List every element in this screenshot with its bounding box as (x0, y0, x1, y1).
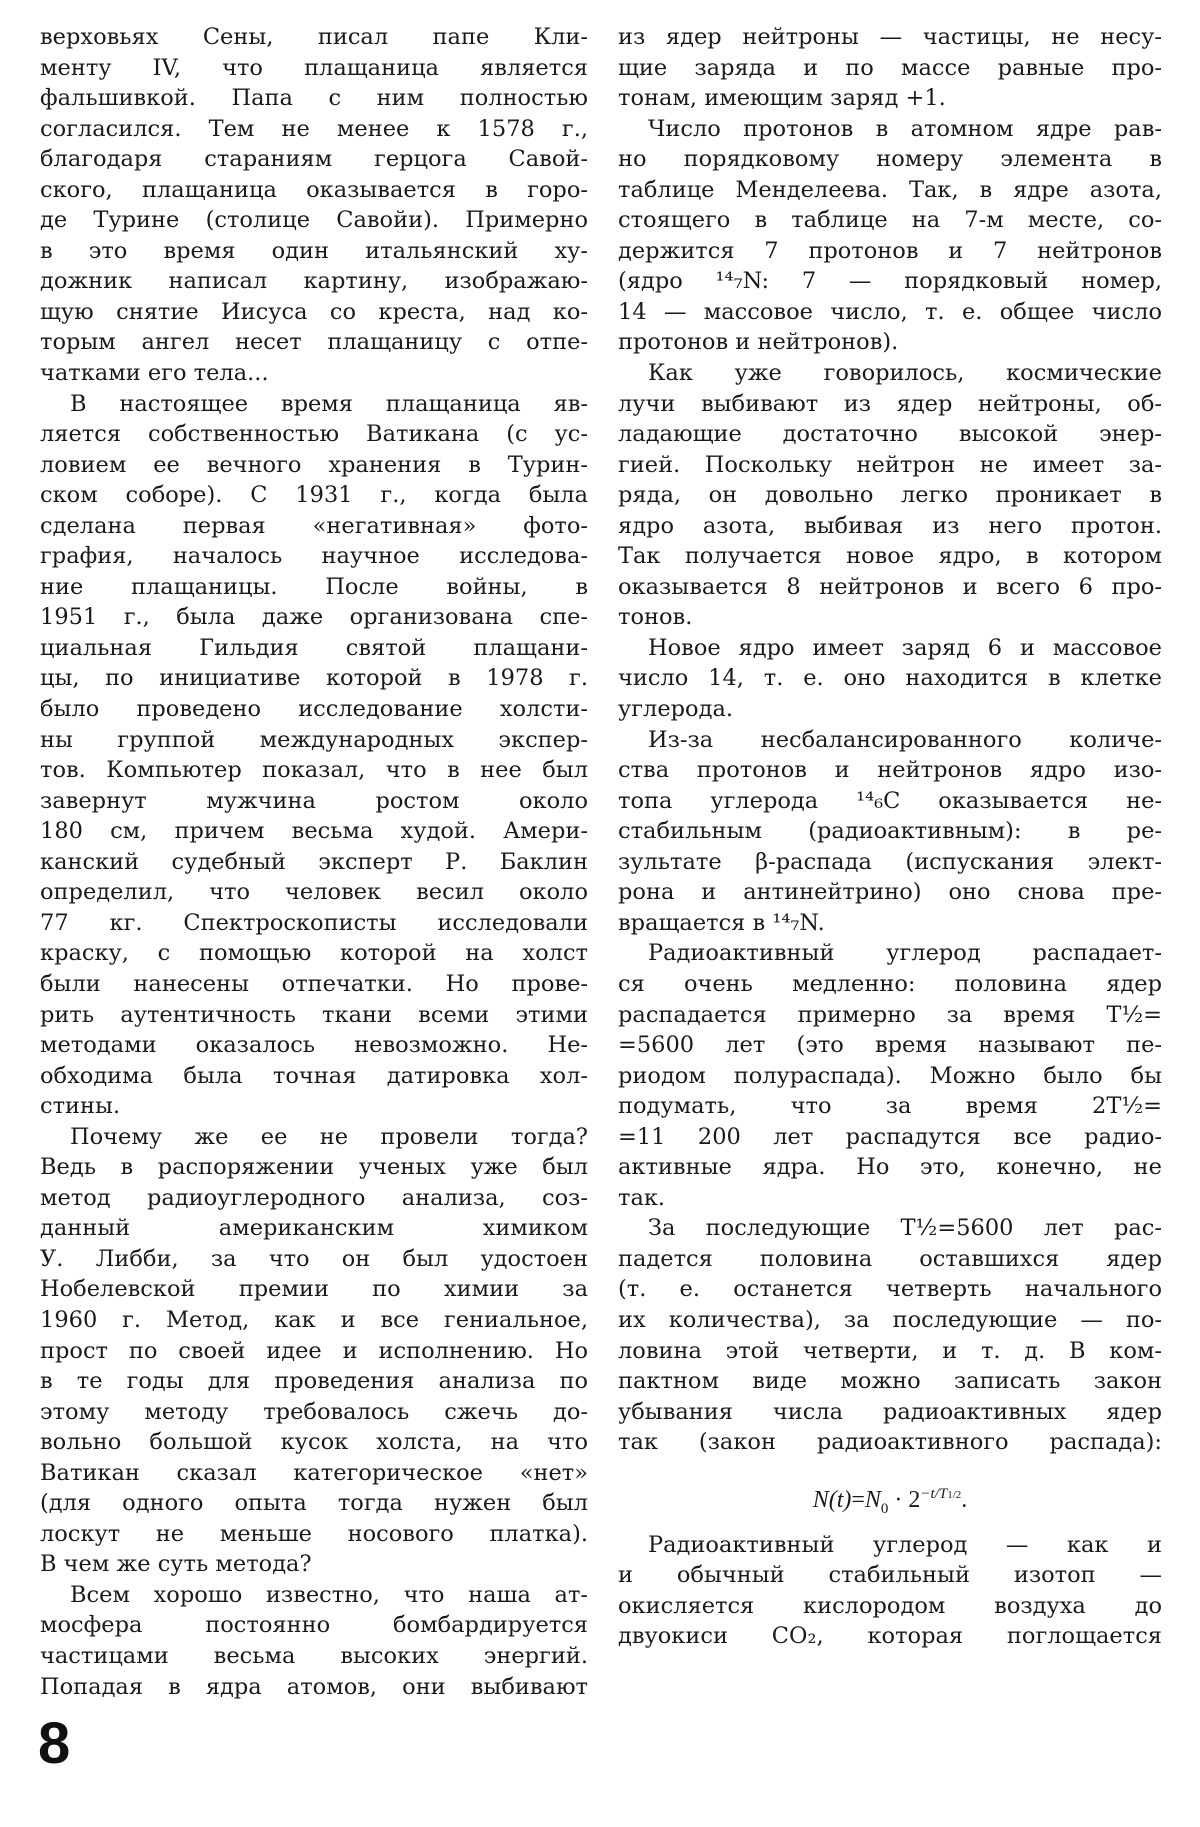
text-line: мосфера постоянно бомбардируется (40, 1610, 588, 1641)
text-line: зультате β-распада (испускания элект- (618, 847, 1162, 878)
text-line: циальная Гильдия святой плащани- (40, 633, 588, 664)
text-line: их количества), за последующие — по- (618, 1305, 1162, 1336)
text-line: лоскут не меньше носового платка). (40, 1519, 588, 1550)
text-line: менту IV, что плащаница является (40, 53, 588, 84)
decay-law-formula: N(t)=N0 · 2−t/T1/2. (618, 1458, 1162, 1530)
text-line: топа углерода ¹⁴₆C оказывается не- (618, 786, 1162, 817)
text-line: Радиоактивный углерод распадает- (618, 938, 1162, 969)
text-line: 1960 г. Метод, как и все гениальное, (40, 1305, 588, 1336)
text-line: де Турине (столице Савойи). Примерно (40, 205, 588, 236)
text-line: в это время один итальянский ху- (40, 236, 588, 267)
text-line: канский судебный эксперт Р. Баклин (40, 847, 588, 878)
text-line: В чем же суть метода? (40, 1549, 588, 1580)
left-column: верховьях Сены, писал папе Кли-менту IV,… (40, 22, 588, 1702)
text-line: =5600 лет (это время называют пе- (618, 1030, 1162, 1061)
formula-n0: N (865, 1487, 881, 1513)
text-line: сделана первая «негативная» фото- (40, 511, 588, 542)
text-line: ны группой международных экспер- (40, 725, 588, 756)
text-line: углерода. (618, 694, 1162, 725)
text-line: щую снятие Иисуса со креста, над ко- (40, 297, 588, 328)
text-line: убывания числа радиоактивных ядер (618, 1397, 1162, 1428)
text-line: окисляется кислородом воздуха до (618, 1591, 1162, 1622)
text-line: 14 — массовое число, т. е. общее число (618, 297, 1162, 328)
text-line: торым ангел несет плащаницу с отпе- (40, 327, 588, 358)
text-line: В настоящее время плащаница яв- (40, 389, 588, 420)
text-line: Ватикан сказал категорическое «нет» (40, 1458, 588, 1489)
text-line: У. Либби, за что он был удостоен (40, 1244, 588, 1275)
text-line: За последующие T½=5600 лет рас- (618, 1213, 1162, 1244)
text-line: гией. Поскольку нейтрон не имеет за- (618, 450, 1162, 481)
text-line: из ядер нейтроны — частицы, не несу- (618, 22, 1162, 53)
text-line: так (закон радиоактивного распада): (618, 1427, 1162, 1458)
text-line: рона и антинейтрино) оно снова пре- (618, 877, 1162, 908)
text-line: тонов. (618, 602, 1162, 633)
text-line: активные ядра. Но это, конечно, не (618, 1152, 1162, 1183)
formula-base: 2 (908, 1487, 920, 1513)
text-line: дожник написал картину, изображаю- (40, 266, 588, 297)
text-line: Нобелевской премии по химии за (40, 1274, 588, 1305)
text-line: Всем хорошо известно, что наша ат- (40, 1580, 588, 1611)
text-line: стабильным (радиоактивным): в ре- (618, 816, 1162, 847)
text-line: подумать, что за время 2T½= (618, 1091, 1162, 1122)
text-line: (т. е. останется четверть начального (618, 1274, 1162, 1305)
text-line: прост по своей идее и исполнению. Но (40, 1336, 588, 1367)
text-line: пактном виде можно записать закон (618, 1366, 1162, 1397)
formula-dot: · (894, 1487, 902, 1513)
text-line: было проведено исследование холсти- (40, 694, 588, 725)
text-line: вращается в ¹⁴₇N. (618, 908, 1162, 939)
text-line: Попадая в ядра атомов, они выбивают (40, 1672, 588, 1703)
text-line: распадается примерно за время T½= (618, 1000, 1162, 1031)
right-column-bottom-text: Радиоактивный углерод — как ии обычный с… (618, 1530, 1162, 1652)
formula-exponent: −t/T (920, 1486, 947, 1502)
text-line: оказывается 8 нейтронов и всего 6 про- (618, 572, 1162, 603)
text-line: методами оказалось невозможно. Не- (40, 1030, 588, 1061)
text-line: Почему же ее не провели тогда? (40, 1122, 588, 1153)
page-number: 8 (38, 1712, 70, 1776)
formula-equals: = (851, 1487, 865, 1513)
text-line: =11 200 лет распадутся все радио- (618, 1122, 1162, 1153)
text-line: благодаря стараниям герцога Савой- (40, 144, 588, 175)
right-column-top-text: из ядер нейтроны — частицы, не несу-щие … (618, 22, 1162, 1458)
text-line: Число протонов в атомном ядре рав- (618, 114, 1162, 145)
text-line: ства протонов и нейтронов ядро изо- (618, 755, 1162, 786)
text-line: так. (618, 1183, 1162, 1214)
text-line: двуокиси CO₂, которая поглощается (618, 1621, 1162, 1652)
formula-exponent-subscript: 1/2 (947, 1489, 961, 1501)
text-line: графия, началось научное исследова- (40, 541, 588, 572)
text-line: вольно большой кусок холста, на что (40, 1427, 588, 1458)
text-line: Радиоактивный углерод — как и (618, 1530, 1162, 1561)
text-line: и обычный стабильный изотоп — (618, 1560, 1162, 1591)
text-line: ляется собственностью Ватикана (с ус- (40, 419, 588, 450)
text-line: цы, по инициативе которой в 1978 г. (40, 663, 588, 694)
text-line: Новое ядро имеет заряд 6 и массовое (618, 633, 1162, 664)
text-line: тонам, имеющим заряд +1. (618, 83, 1162, 114)
text-line: число 14, т. е. оно находится в клетке (618, 663, 1162, 694)
text-line: ся очень медленно: половина ядер (618, 969, 1162, 1000)
text-line: стины. (40, 1091, 588, 1122)
text-line: этому методу требовалось сжечь до- (40, 1397, 588, 1428)
text-line: фальшивкой. Папа с ним полностью (40, 83, 588, 114)
text-line: ском соборе). С 1931 г., когда была (40, 480, 588, 511)
text-line: но порядковому номеру элемента в (618, 144, 1162, 175)
text-line: Ведь в распоряжении ученых уже был (40, 1152, 588, 1183)
text-line: лучи выбивают из ядер нейтроны, об- (618, 389, 1162, 420)
text-line: рить аутентичность ткани всеми этими (40, 1000, 588, 1031)
text-line: согласился. Тем не менее к 1578 г., (40, 114, 588, 145)
text-line: определил, что человек весил около (40, 877, 588, 908)
text-line: риодом полураспада). Можно было бы (618, 1061, 1162, 1092)
right-column: из ядер нейтроны — частицы, не несу-щие … (618, 22, 1162, 1652)
text-line: 77 кг. Спектроскописты исследовали (40, 908, 588, 939)
text-line: Из-за несбалансированного количе- (618, 725, 1162, 756)
text-line: держится 7 протонов и 7 нейтронов (618, 236, 1162, 267)
text-line: завернут мужчина ростом около (40, 786, 588, 817)
text-line: стоящего в таблице на 7-м месте, со- (618, 205, 1162, 236)
text-line: метод радиоуглеродного анализа, соз- (40, 1183, 588, 1214)
text-line: Так получается новое ядро, в котором (618, 541, 1162, 572)
text-line: ловием ее вечного хранения в Турин- (40, 450, 588, 481)
text-line: 1951 г., была даже организована спе- (40, 602, 588, 633)
text-line: ряда, он довольно легко проникает в (618, 480, 1162, 511)
text-line: щие заряда и по массе равные про- (618, 53, 1162, 84)
text-line: частицами весьма высоких энергий. (40, 1641, 588, 1672)
text-line: краску, с помощью которой на холст (40, 938, 588, 969)
formula-n0-subscript: 0 (881, 1501, 889, 1517)
text-line: были нанесены отпечатки. Но прове- (40, 969, 588, 1000)
text-line: в те годы для проведения анализа по (40, 1366, 588, 1397)
text-line: (для одного опыта тогда нужен был (40, 1488, 588, 1519)
text-line: протонов и нейтронов). (618, 327, 1162, 358)
text-line: данный американским химиком (40, 1213, 588, 1244)
text-line: обходима была точная датировка хол- (40, 1061, 588, 1092)
text-line: ядро азота, выбивая из него протон. (618, 511, 1162, 542)
text-line: тов. Компьютер показал, что в нее был (40, 755, 588, 786)
formula-end: . (961, 1487, 967, 1513)
text-line: таблице Менделеева. Так, в ядре азота, (618, 175, 1162, 206)
text-line: верховьях Сены, писал папе Кли- (40, 22, 588, 53)
text-line: ского, плащаница оказывается в горо- (40, 175, 588, 206)
text-line: падется половина оставшихся ядер (618, 1244, 1162, 1275)
text-line: чатками его тела... (40, 358, 588, 389)
formula-lhs: N(t) (813, 1487, 852, 1513)
text-line: 180 см, причем весьма худой. Амери- (40, 816, 588, 847)
text-line: ловина этой четверти, и т. д. В ком- (618, 1336, 1162, 1367)
text-line: Как уже говорилось, космические (618, 358, 1162, 389)
text-line: ладающие достаточно высокой энер- (618, 419, 1162, 450)
text-line: ние плащаницы. После войны, в (40, 572, 588, 603)
text-line: (ядро ¹⁴₇N: 7 — порядковый номер, (618, 266, 1162, 297)
